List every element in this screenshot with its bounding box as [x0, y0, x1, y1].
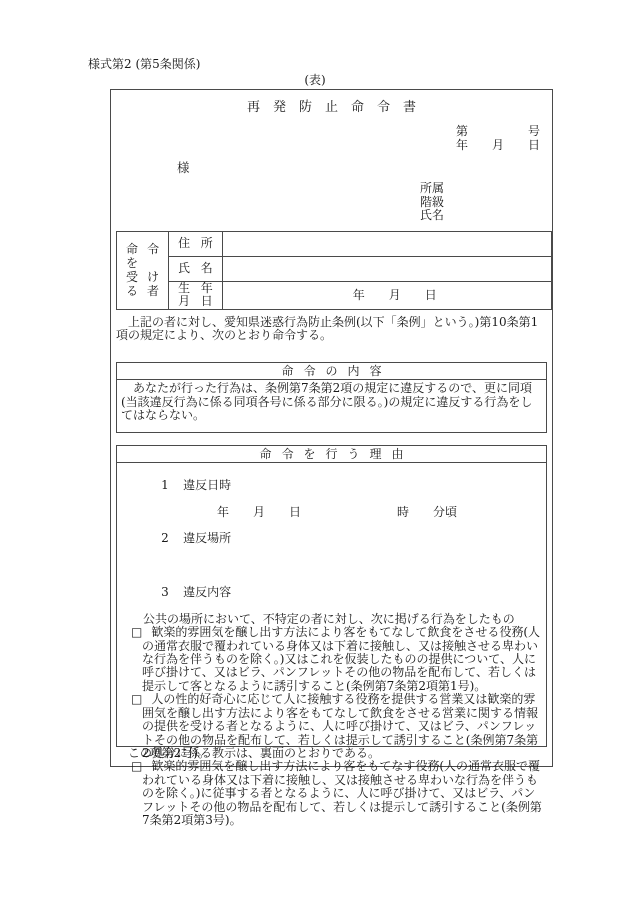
intro-paragraph: 上記の者に対し、愛知県迷惑行為防止条例(以下「条例」という。)第10条第1項の規… — [116, 316, 546, 343]
issuer-affiliation-label: 所属 — [420, 182, 444, 196]
address-value-cell — [222, 232, 551, 257]
name-label-cell: 氏名 — [169, 257, 223, 282]
order-reason-header: 命令を行う理由 — [117, 446, 546, 463]
front-side-label: (表) — [0, 74, 630, 87]
clause-title: 違反場所 — [183, 531, 231, 545]
document-number-line: 第 号 — [456, 125, 540, 138]
clause-violation-datetime: 1違反日時 — [121, 465, 542, 505]
order-content-paragraph: あなたが行った行為は、条例第7条第2項の規定に違反するので、更に同項(当該違反行… — [121, 382, 542, 422]
checkbox-item: □歓楽的雰囲気を醸し出す方法により客をもてなす役務(人の通常衣服で覆われている身… — [121, 760, 542, 827]
issuer-block: 所属 階級 氏名 — [420, 182, 444, 223]
checkbox-icon: □ — [131, 692, 142, 706]
document-page: 様式第2 (第5条関係) (表) 再発防止命令書 第 号 年 月 日 様 所属 … — [0, 0, 630, 903]
checkbox-item-text: 歓楽的雰囲気を醸し出す方法により客をもてなして飲食をさせる役務(人の通常衣服で覆… — [142, 625, 540, 693]
clause-title: 違反日時 — [183, 478, 231, 492]
issuer-rank-label: 階級 — [420, 196, 444, 210]
violation-datetime-blanks: 年 月 日 時 分頃 — [121, 506, 542, 519]
order-reason-body: 1違反日時 年 月 日 時 分頃 2違反場所 3違反内容 公共の場所において、不… — [117, 463, 546, 827]
checkbox-item: □歓楽的雰囲気を醸し出す方法により客をもてなして飲食をさせる役務(人の通常衣服で… — [121, 626, 542, 693]
document-title: 再発防止命令書 — [111, 101, 552, 114]
recipient-group-label-line2: 受ける者 — [117, 270, 168, 298]
issuer-name-label: 氏名 — [420, 209, 444, 223]
address-label-cell: 住所 — [169, 232, 223, 257]
order-reason-header-text: 命令を行う理由 — [249, 448, 413, 461]
table-row: 命令を 受ける者 住所 — [117, 232, 552, 257]
name-label: 氏名 — [169, 262, 222, 275]
addressee-suffix: 様 — [177, 161, 190, 174]
table-row: 氏名 — [117, 257, 552, 282]
clause-title: 違反内容 — [183, 585, 231, 599]
order-reason-section: 命令を行う理由 1違反日時 年 月 日 時 分頃 2違反場所 3違反内容 公共の… — [116, 445, 547, 747]
name-value-cell — [222, 257, 551, 282]
birthdate-label-cell: 生年月日 — [169, 282, 223, 310]
clause-number: 3 — [159, 586, 183, 599]
address-label: 住所 — [169, 237, 222, 250]
birthdate-value-cell: 年 月 日 — [222, 282, 551, 310]
birthdate-label: 生年月日 — [169, 282, 222, 309]
clause-number: 1 — [159, 479, 183, 492]
order-content-section: 命令の内容 あなたが行った行為は、条例第7条第2項の規定に違反するので、更に同項… — [116, 362, 547, 433]
recipient-table: 命令を 受ける者 住所 氏名 生年月日 年 月 日 — [116, 231, 552, 310]
recipient-group-label-line1: 命令を — [117, 242, 168, 270]
issue-date-line: 年 月 日 — [456, 139, 540, 152]
table-row: 生年月日 年 月 日 — [117, 282, 552, 310]
clause-violation-detail: 3違反内容 — [121, 573, 542, 613]
spacer-line — [121, 559, 542, 572]
checkbox-icon: □ — [131, 625, 142, 639]
clause-violation-place: 2違反場所 — [121, 519, 542, 559]
checkbox-item-text: 歓楽的雰囲気を醸し出す方法により客をもてなす役務(人の通常衣服で覆われている身体… — [142, 759, 542, 827]
footer-instruction-note: この処分に係る教示は、裏面のとおりである。 — [128, 747, 380, 760]
document-outer-frame: 再発防止命令書 第 号 年 月 日 様 所属 階級 氏名 命令を 受ける者 住所 — [110, 89, 553, 767]
checkbox-icon: □ — [131, 759, 142, 773]
recipient-group-label-cell: 命令を 受ける者 — [117, 232, 169, 310]
order-content-header: 命令の内容 — [117, 363, 546, 380]
clause-number: 2 — [159, 532, 183, 545]
form-style-label: 様式第2 (第5条関係) — [88, 58, 200, 71]
order-content-header-text: 命令の内容 — [271, 365, 391, 378]
order-content-body: あなたが行った行為は、条例第7条第2項の規定に違反するので、更に同項(当該違反行… — [117, 380, 546, 422]
